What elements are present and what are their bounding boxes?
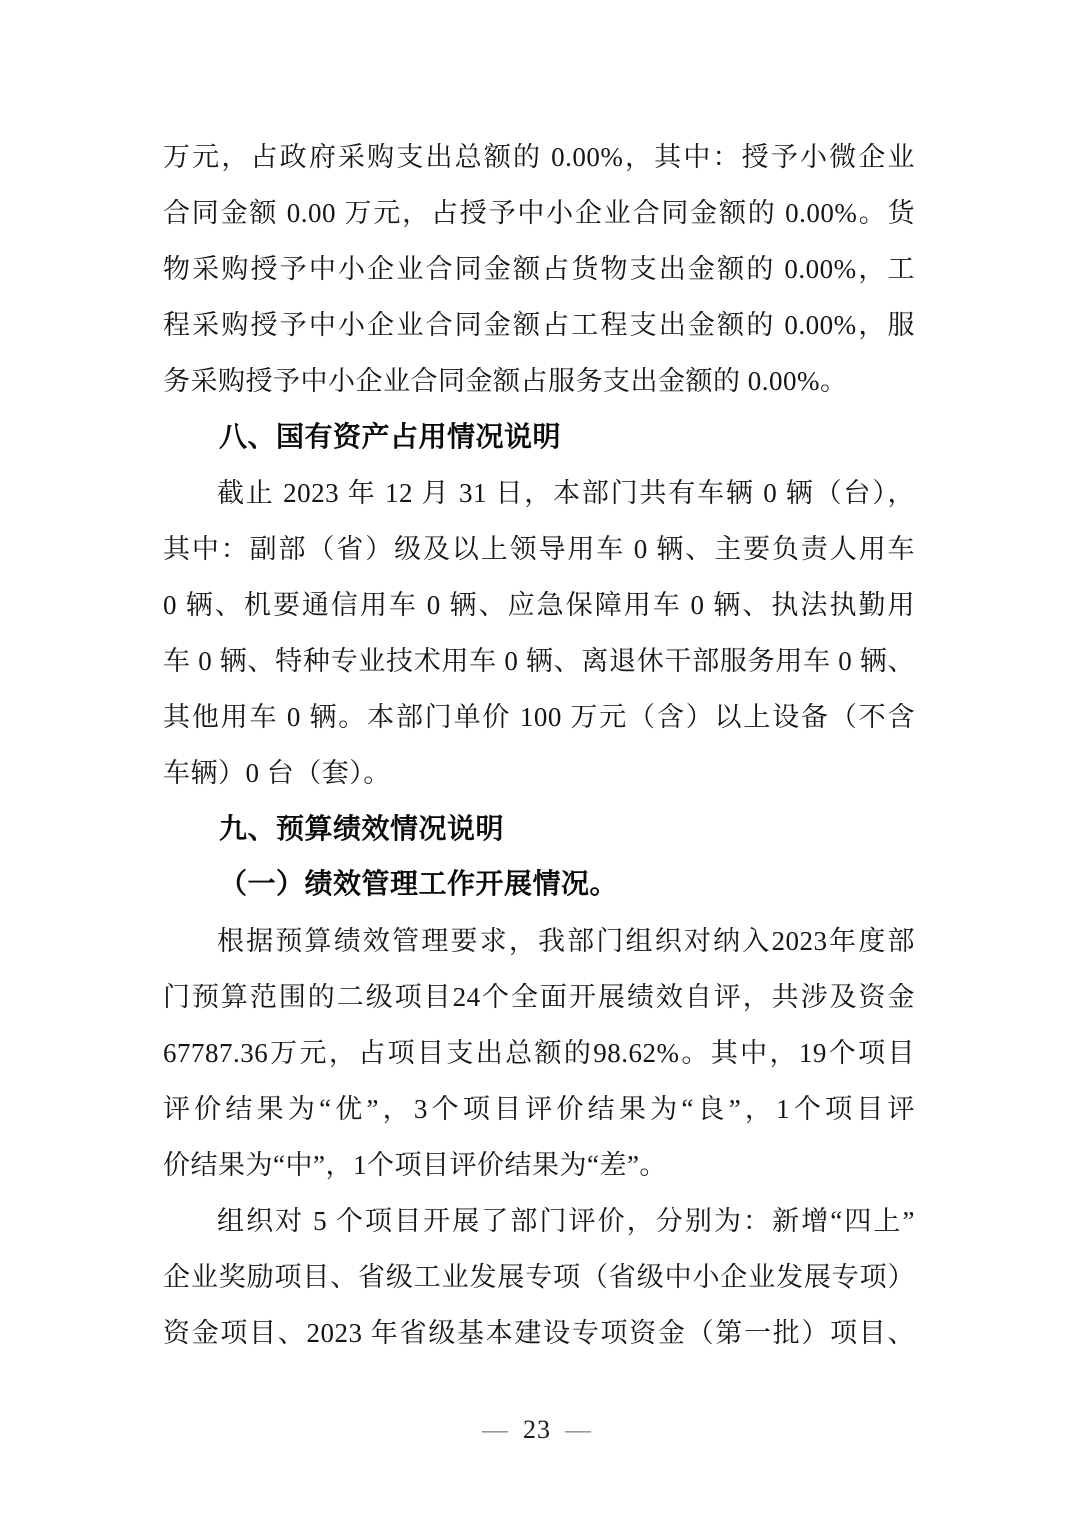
text-line: 根据预算绩效管理要求，我部门组织对纳入2023年度部 [163,913,915,969]
page-number-value: 23 [523,1415,551,1444]
text-line: 0 辆、机要通信用车 0 辆、应急保障用车 0 辆、执法执勤用 [163,577,915,633]
text-line: 门预算范围的二级项目24个全面开展绩效自评，共涉及资金 [163,969,915,1025]
text-line: 评价结果为“优”，3个项目评价结果为“良”，1个项目评 [163,1081,915,1137]
text-line: 车 0 辆、特种专业技术用车 0 辆、离退休干部服务用车 0 辆、 [163,633,915,689]
text-line: 车辆）0 台（套）。 [163,745,915,801]
text-line: 合同金额 0.00 万元，占授予中小企业合同金额的 0.00%。货 [163,185,915,241]
text-line: 价结果为“中”，1个项目评价结果为“差”。 [163,1137,915,1193]
text-line: 其他用车 0 辆。本部门单价 100 万元（含）以上设备（不含 [163,689,915,745]
text-line: 程采购授予中小企业合同金额占工程支出金额的 0.00%，服 [163,297,915,353]
text-line: 67787.36万元，占项目支出总额的98.62%。其中，19个项目 [163,1025,915,1081]
text-line: 资金项目、2023 年省级基本建设专项资金（第一批）项目、 [163,1305,915,1361]
document-page: 万元，占政府采购支出总额的 0.00%，其中：授予小微企业合同金额 0.00 万… [0,0,1074,1520]
subsection-heading: （一）绩效管理工作开展情况。 [163,857,915,913]
text-line: 其中：副部（省）级及以上领导用车 0 辆、主要负责人用车 [163,521,915,577]
page-number: —23— [0,1414,1074,1446]
section-heading: 九、预算绩效情况说明 [163,801,915,857]
text-line: 务采购授予中小企业合同金额占服务支出金额的 0.00%。 [163,353,915,409]
text-line: 万元，占政府采购支出总额的 0.00%，其中：授予小微企业 [163,129,915,185]
document-content: 万元，占政府采购支出总额的 0.00%，其中：授予小微企业合同金额 0.00 万… [163,129,915,1361]
text-line: 组织对 5 个项目开展了部门评价，分别为：新增“四上” [163,1193,915,1249]
text-line: 截止 2023 年 12 月 31 日，本部门共有车辆 0 辆（台）， [163,465,915,521]
page-number-left-dash: — [468,1415,523,1444]
page-number-right-dash: — [551,1415,606,1444]
text-line: 企业奖励项目、省级工业发展专项（省级中小企业发展专项） [163,1249,915,1305]
text-line: 物采购授予中小企业合同金额占货物支出金额的 0.00%，工 [163,241,915,297]
section-heading: 八、国有资产占用情况说明 [163,409,915,465]
